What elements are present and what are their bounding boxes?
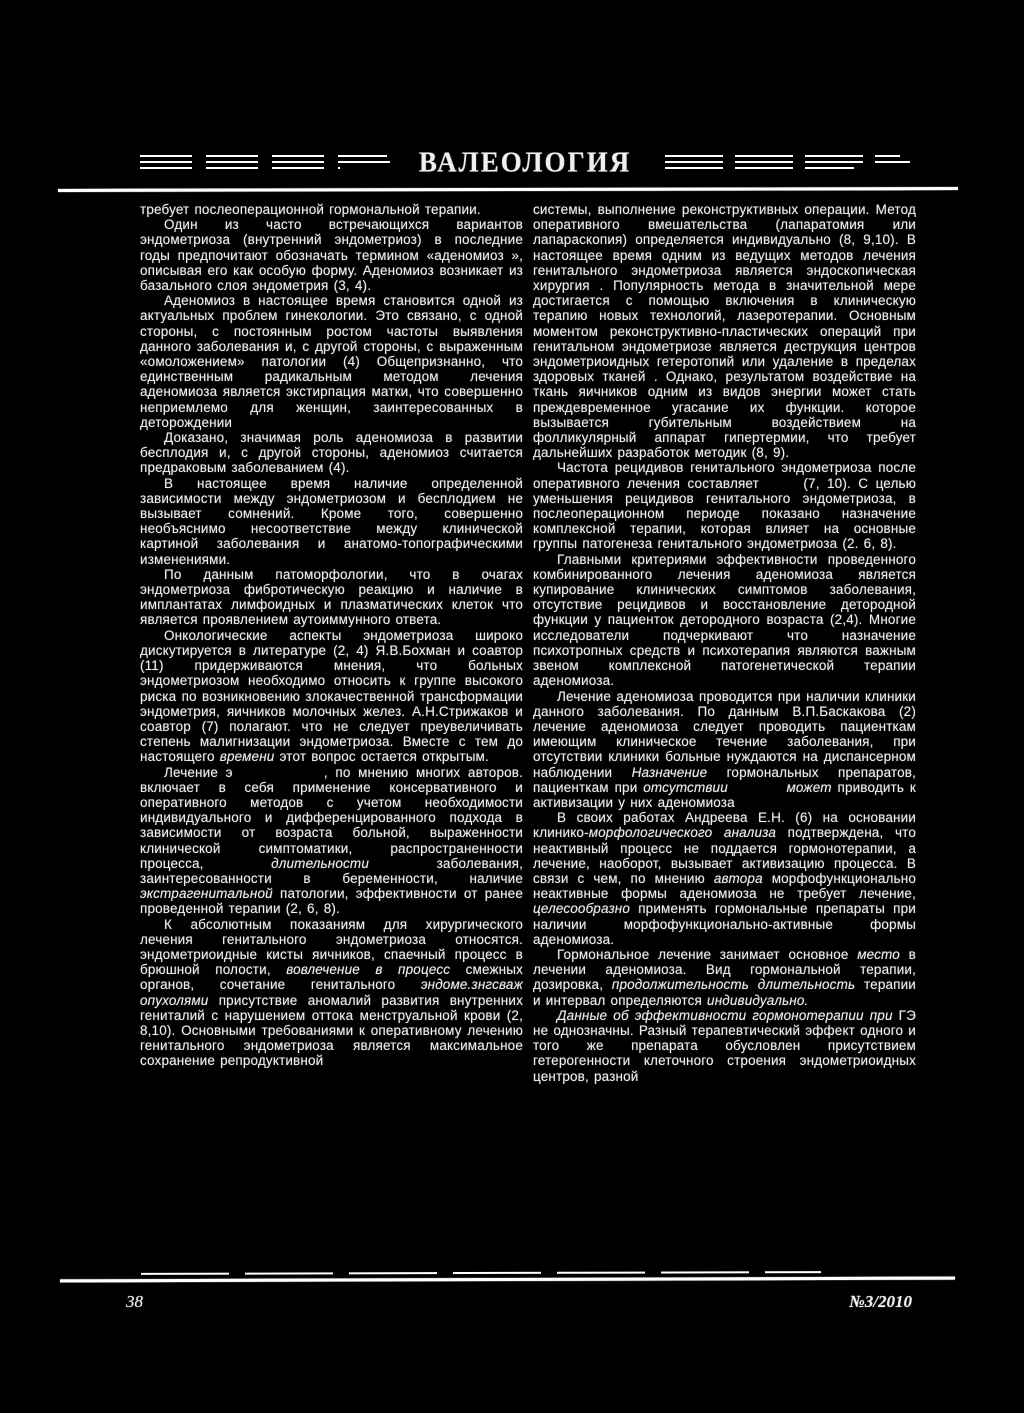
- text-run: Онкологические аспекты эндометриоза широ…: [140, 628, 523, 765]
- italic-text-run: времени: [220, 749, 275, 764]
- text-run: Один из часто встречающихся вариантов эн…: [140, 217, 523, 293]
- italic-text-run: Назначение: [632, 765, 708, 780]
- italic-text-run: место: [857, 947, 900, 962]
- paragraph: В настоящее время наличие определенной з…: [140, 476, 523, 567]
- divider-line: [140, 161, 397, 163]
- paragraph: Доказано, значимая роль аденомиоза в раз…: [140, 430, 523, 476]
- italic-text-run: вовлечение в процесс: [286, 962, 450, 977]
- italic-text-run: морфологического анализа: [589, 825, 776, 840]
- paragraph: Главными критериями эффективности провед…: [533, 552, 916, 689]
- right-column: системы, выполнение реконструктивных опе…: [533, 202, 916, 1084]
- text-run: [728, 780, 787, 795]
- header-rule-right: [653, 155, 910, 169]
- header-divider: [58, 187, 958, 192]
- page-number: 38: [126, 1292, 143, 1312]
- text-run: системы, выполнение реконструктивных опе…: [533, 202, 916, 460]
- divider-line: [140, 155, 387, 157]
- italic-text-run: продолжительность: [612, 977, 749, 992]
- page-footer: 38 №3/2010: [126, 1292, 912, 1312]
- italic-text-run: экстрагенитальной: [140, 886, 273, 901]
- footer-divider: [60, 1272, 955, 1281]
- text-run: По данным патоморфологии, что в очагах э…: [140, 567, 523, 628]
- italic-text-run: отсутствии: [643, 780, 728, 795]
- paragraph: По данным патоморфологии, что в очагах э…: [140, 567, 523, 628]
- article-body: требует послеоперационной гормональной т…: [140, 202, 916, 1084]
- page-header: ВАЛЕОЛОГИЯ: [140, 142, 910, 182]
- italic-text-run: опухолями: [140, 993, 208, 1008]
- paragraph: Аденомиоз в настоящее время становится о…: [140, 293, 523, 430]
- divider-line: [60, 1277, 955, 1283]
- italic-text-run: автора: [714, 871, 763, 886]
- journal-title: ВАЛЕОЛОГИЯ: [397, 146, 653, 179]
- paragraph: Онкологические аспекты эндометриоза широ…: [140, 628, 523, 765]
- text-run: Гормональное лечение занимает основное: [557, 947, 857, 962]
- paragraph: Лечение аденомиоза проводится при наличи…: [533, 689, 916, 811]
- text-run: Частота рецидивов генитального эндометри…: [533, 460, 916, 551]
- paragraph: В своих работах Андреева Е.Н. (6) на осн…: [533, 810, 916, 947]
- italic-text-run: индивидуально.: [707, 993, 808, 1008]
- left-column: требует послеоперационной гормональной т…: [140, 202, 523, 1084]
- divider-line: [140, 167, 340, 169]
- text-run: [749, 977, 758, 992]
- italic-text-run: целесообразно: [533, 901, 630, 916]
- text-run: этот вопрос остается открытым.: [274, 749, 488, 764]
- text-run: требует послеоперационной гормональной т…: [140, 202, 481, 217]
- italic-text-run: длительности: [271, 856, 369, 871]
- divider-line: [653, 161, 910, 163]
- issue-number: №3/2010: [849, 1292, 912, 1312]
- paragraph: Один из часто встречающихся вариантов эн…: [140, 217, 523, 293]
- divider-line: [653, 167, 853, 169]
- paragraph: Частота рецидивов генитального эндометри…: [533, 460, 916, 551]
- italic-text-run: эндоме.знгсваж: [421, 977, 523, 992]
- divider-line: [653, 155, 900, 157]
- divider-line: [141, 1271, 821, 1275]
- text-run: Аденомиоз в настоящее время становится о…: [140, 293, 523, 430]
- paragraph: К абсолютным показаниям для хирургическо…: [140, 917, 523, 1069]
- italic-text-run: Данные об эффективности гормонотерапии п…: [557, 1008, 893, 1023]
- journal-scan-page: ВАЛЕОЛОГИЯ требует послеоперационной гор…: [0, 0, 1024, 1413]
- text-run: В настоящее время наличие определенной з…: [140, 476, 523, 567]
- paragraph: Лечение э , по мнению многих авторов. вк…: [140, 765, 523, 917]
- header-rule-left: [140, 155, 397, 169]
- text-run: Главными критериями эффективности провед…: [533, 552, 916, 689]
- italic-text-run: длительность: [758, 977, 855, 992]
- text-run: Доказано, значимая роль аденомиоза в раз…: [140, 430, 523, 475]
- paragraph: Гормональное лечение занимает основное м…: [533, 947, 916, 1008]
- paragraph: системы, выполнение реконструктивных опе…: [533, 202, 916, 460]
- paragraph: требует послеоперационной гормональной т…: [140, 202, 523, 217]
- paragraph: Данные об эффективности гормонотерапии п…: [533, 1008, 916, 1084]
- italic-text-run: может: [787, 780, 832, 795]
